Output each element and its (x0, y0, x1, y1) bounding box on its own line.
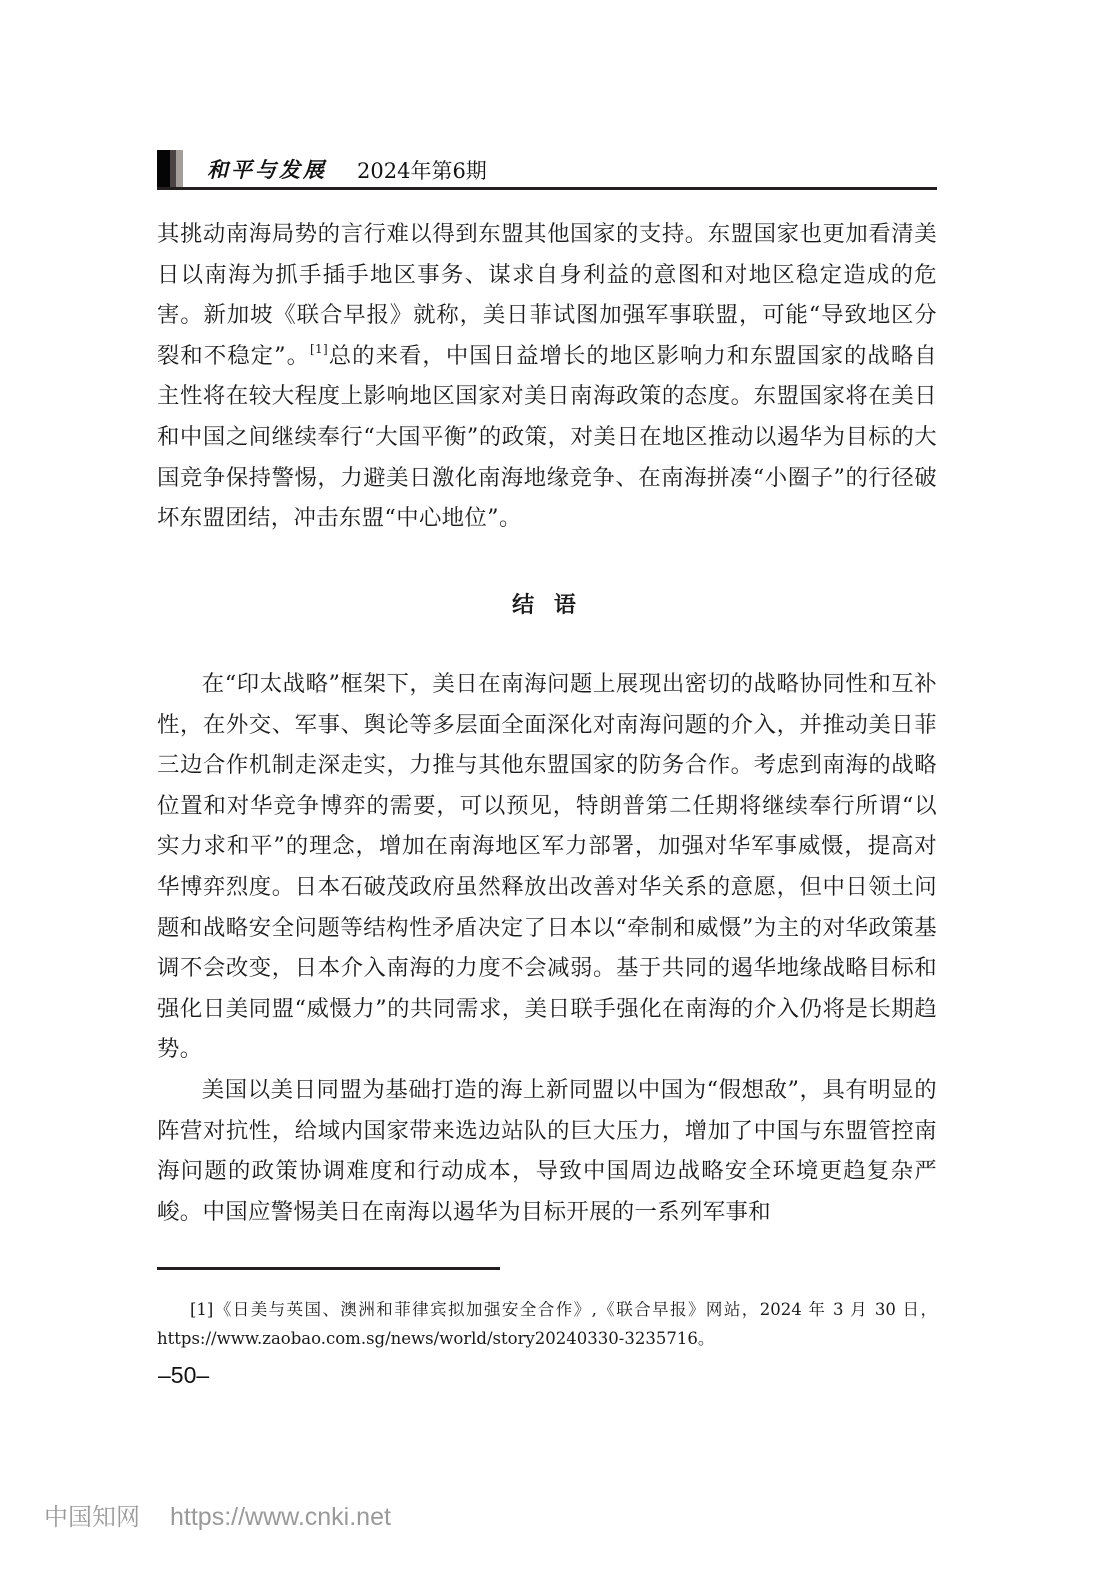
footnote-separator (157, 1267, 500, 1270)
paragraph-text: 总的来看，中国日益增长的地区影响力和东盟国家的战略自主性将在较大程度上影响地区国… (157, 343, 937, 531)
paragraph-continued: 其挑动南海局势的言行难以得到东盟其他国家的支持。东盟国家也更加看清美日以南海为抓… (157, 214, 937, 539)
footnote-end: 。 (698, 1329, 715, 1348)
cnki-watermark: 中国知网https://www.cnki.net (44, 1497, 391, 1532)
body-text-upper: 其挑动南海局势的言行难以得到东盟其他国家的支持。东盟国家也更加看清美日以南海为抓… (157, 214, 937, 539)
footnote-ref[interactable]: [1] (310, 342, 328, 356)
watermark-site-name: 中国知网 (44, 1503, 140, 1531)
header-decor-bar-light-gray (176, 150, 183, 188)
page-number: –50– (158, 1362, 209, 1389)
header-rule (157, 187, 937, 190)
issue-label: 2024年第6期 (357, 155, 487, 185)
watermark-url[interactable]: https://www.cnki.net (170, 1503, 391, 1531)
footnote: [1]《日美与英国、澳洲和菲律宾拟加强安全合作》,《联合早报》网站，2024 年… (157, 1295, 937, 1353)
section-heading-conclusion: 结 语 (157, 588, 937, 619)
footnote-text: 《日美与英国、澳洲和菲律宾拟加强安全合作》,《联合早报》网站，2024 年 3 … (213, 1300, 937, 1319)
footnote-url[interactable]: https://www.zaobao.com.sg/news/world/sto… (157, 1329, 698, 1348)
body-text-lower: 在“印太战略”框架下，美日在南海问题上展现出密切的战略协同性和互补性，在外交、军… (157, 664, 937, 1232)
footnote-mark: [1] (157, 1300, 213, 1319)
paragraph: 美国以美日同盟为基础打造的海上新同盟以中国为“假想敌”，具有明显的阵营对抗性，给… (157, 1070, 937, 1232)
journal-name: 和平与发展 (207, 154, 327, 184)
paragraph: 在“印太战略”框架下，美日在南海问题上展现出密切的战略协同性和互补性，在外交、军… (157, 664, 937, 1070)
header-decor-bar-black (157, 150, 170, 188)
running-header: 和平与发展 2024年第6期 (157, 150, 937, 190)
